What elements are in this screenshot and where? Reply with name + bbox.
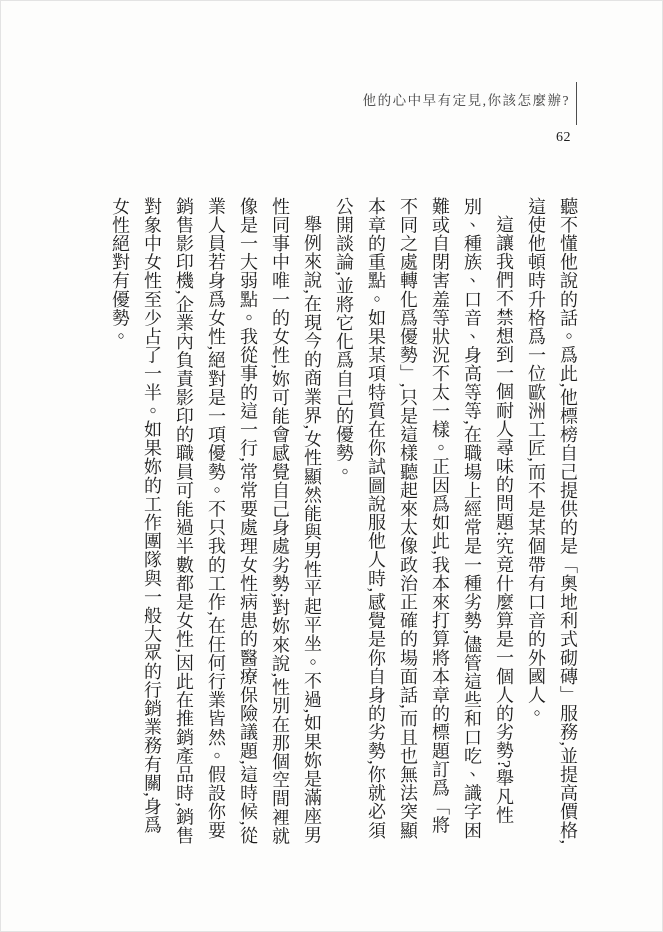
- book-page: 他的心中早有定見,你該怎麼辦? 62 聽不懂他說的話。爲此,他標榜自己提供的是「…: [0, 0, 663, 932]
- header-divider-rule: [576, 82, 577, 125]
- body-text: 聽不懂他說的話。爲此,他標榜自己提供的是「奧地利式砌磚」服務,並提高價格,這使他…: [104, 197, 584, 849]
- page-number: 62: [556, 130, 571, 146]
- paragraph-3: 舉例來說,在現今的商業界,女性顯然能與男性平起平坐。不過,如果妳是滿座男性同事中…: [104, 197, 328, 849]
- running-title: 他的心中早有定見,你該怎麼辦?: [363, 89, 570, 109]
- paragraph-1: 聽不懂他說的話。爲此,他標榜自己提供的是「奧地利式砌磚」服務,並提高價格,這使他…: [520, 197, 584, 849]
- paragraph-2: 這讓我們不禁想到一個耐人尋味的問題:究竟什麼算是一個人的劣勢?舉凡性別、種族、口…: [328, 197, 520, 849]
